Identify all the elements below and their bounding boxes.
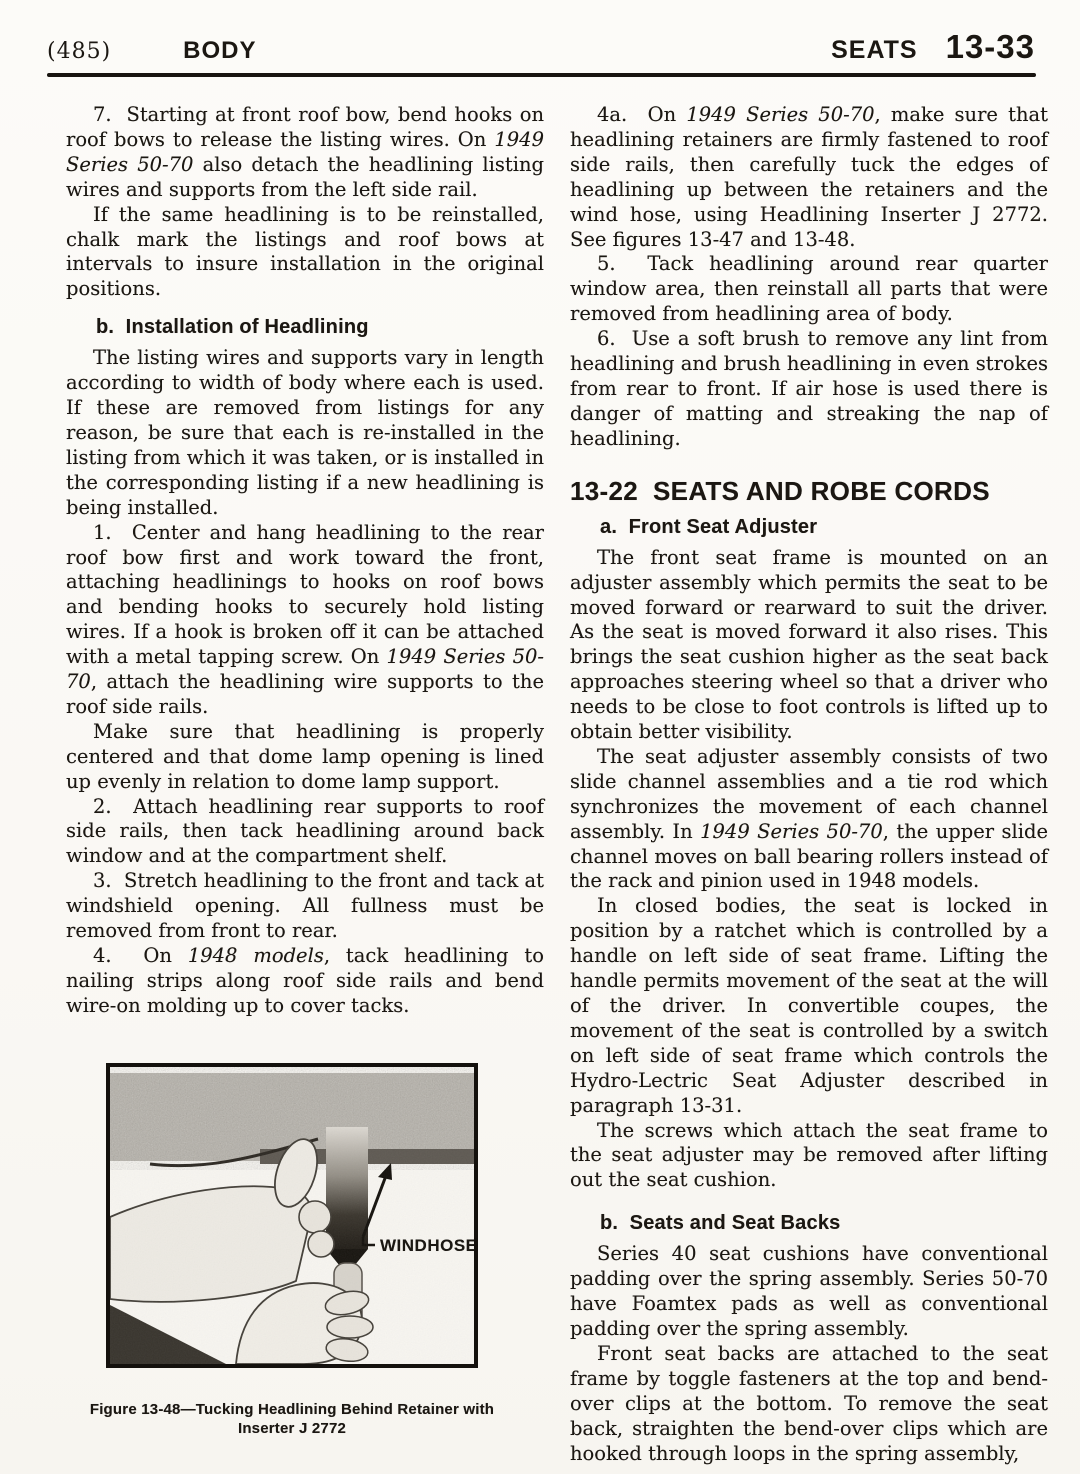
heading-installation-of-headlining: b. Installation of Headlining: [96, 315, 544, 339]
paragraph-step-5: 5. Tack headlining around rear quarter w…: [570, 252, 1048, 327]
paragraph-closed-bodies: In closed bodies, the seat is locked in …: [570, 894, 1048, 1118]
section-title-right: SEATS: [831, 36, 918, 65]
manual-page: (485) BODY SEATS 13-33 7. Starting at fr…: [0, 0, 1080, 1474]
paragraph-step-4: 4. On 1948 models, tack headlining to na…: [66, 944, 544, 1019]
text-run: 7. Starting at front roof bow, bend hook…: [66, 103, 544, 151]
heading-front-seat-adjuster: a. Front Seat Adjuster: [600, 515, 1048, 539]
italic-run: 1949 Series 50-70: [700, 820, 883, 843]
right-column: 4a. On 1949 Series 50-70, make sure that…: [570, 103, 1048, 1466]
paragraph-screws: The screws which attach the seat frame t…: [570, 1119, 1048, 1194]
two-column-body: 7. Starting at front roof bow, bend hook…: [0, 77, 1080, 1466]
text-run: 4a. On: [597, 103, 686, 126]
paragraph-seat-backs: Front seat backs are attached to the sea…: [570, 1342, 1048, 1467]
text-run: 4. On: [93, 944, 188, 967]
italic-run: 1949 Series 50-70: [686, 103, 874, 126]
figure-13-48: WINDHOSE Figure 13-48—Tucking Headlining…: [106, 1063, 478, 1438]
paragraph-adjuster-2: The seat adjuster assembly consists of t…: [570, 745, 1048, 894]
paragraph-step-3: 3. Stretch headlining to the front and t…: [66, 869, 544, 944]
paragraph-step-4a: 4a. On 1949 Series 50-70, make sure that…: [570, 103, 1048, 252]
page-code-right: 13-33: [946, 28, 1035, 66]
paragraph-series-40: Series 40 seat cushions have conventiona…: [570, 1242, 1048, 1342]
figure-caption-line2: Inserter J 2772: [57, 1419, 527, 1438]
paragraph-adjuster-1: The front seat frame is mounted on an ad…: [570, 546, 1048, 745]
heading-seats-and-seat-backs: b. Seats and Seat Backs: [600, 1211, 1048, 1235]
left-column: 7. Starting at front roof bow, bend hook…: [66, 103, 544, 1466]
text-run: , attach the headlining wire supports to…: [66, 670, 544, 718]
page-header: (485) BODY SEATS 13-33: [0, 0, 1080, 66]
figure-13-48-frame: WINDHOSE: [106, 1063, 478, 1368]
section-title-left: BODY: [183, 37, 256, 65]
paragraph-step-2: 2. Attach headlining rear supports to ro…: [66, 795, 544, 870]
paragraph-step-6: 6. Use a soft brush to remove any lint f…: [570, 327, 1048, 452]
paragraph-step-1: 1. Center and hang headlining to the rea…: [66, 521, 544, 720]
paragraph-reinstall: If the same headlining is to be reinstal…: [66, 203, 544, 303]
figure-13-48-illustration: WINDHOSE: [110, 1067, 474, 1364]
italic-run: 1948 models: [188, 944, 324, 967]
figure-caption: Figure 13-48—Tucking Headlining Behind R…: [57, 1400, 527, 1438]
figure-caption-line1: Figure 13-48—Tucking Headlining Behind R…: [57, 1400, 527, 1419]
paragraph-make-sure: Make sure that headlining is properly ce…: [66, 720, 544, 795]
paragraph-step-7: 7. Starting at front roof bow, bend hook…: [66, 103, 544, 203]
page-number-left: (485): [47, 39, 111, 64]
paragraph-listing-wires: The listing wires and supports vary in l…: [66, 346, 544, 520]
heading-seats-and-robe-cords: 13-22 SEATS AND ROBE CORDS: [570, 476, 1048, 506]
